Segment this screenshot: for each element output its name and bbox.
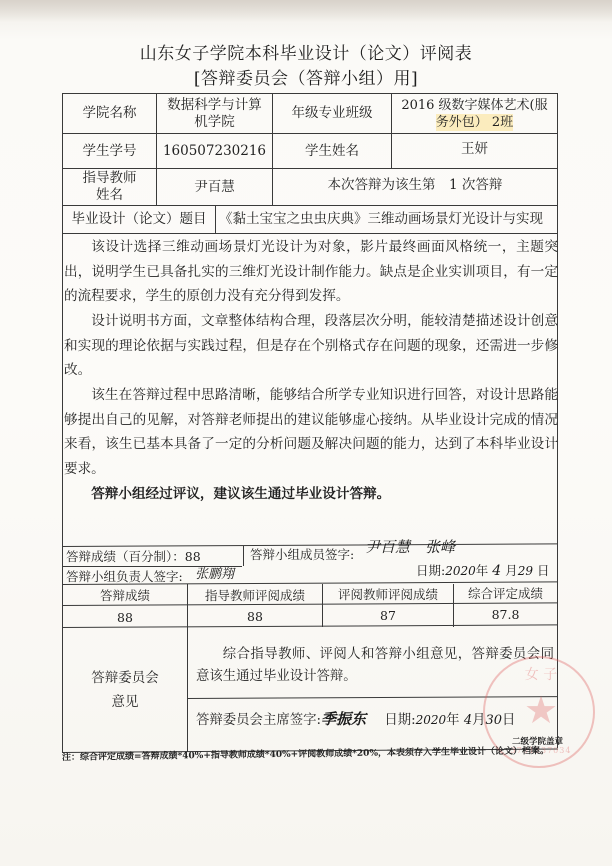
leader-signature: 张鹏翔: [195, 563, 234, 582]
date-label: 日期:: [416, 563, 445, 578]
scores-header-defense: 答辩成绩: [63, 585, 187, 605]
defense-date: 日期:2020年 4 月29 日: [416, 561, 549, 579]
student-name-label: 学生姓名: [273, 134, 391, 168]
topic-label: 毕业设计（论文）题目: [63, 206, 215, 233]
chair-signature-label: 答辩委员会主席签字:: [196, 713, 321, 728]
document-title: 山东女子学院本科毕业设计（论文）评阅表: [0, 39, 612, 64]
advisor-label-line1: 指导教师: [83, 170, 137, 187]
col-divider: [243, 546, 244, 566]
defense-count: 本次答辩为该生第 1 次答辩: [273, 169, 557, 201]
college-label: 学院名称: [63, 94, 156, 133]
scan-shadow: [0, 0, 612, 22]
comment-paragraph-3: 该生在答辩过程中思路清晰，能够结合所学专业知识进行回答，对设计思路能够提出自己的…: [64, 383, 558, 481]
month-label: 月: [472, 713, 485, 728]
year-label: 年: [446, 713, 459, 728]
date-day: 30: [485, 713, 502, 728]
date-day: 29: [518, 564, 533, 578]
college-value: 数据科学与计算 机学院: [157, 94, 272, 133]
date-year: 2020: [416, 713, 447, 727]
stamp-text: 女 子: [485, 664, 597, 684]
chair-signature: 季振东: [321, 710, 366, 728]
date-month: 4: [492, 563, 501, 579]
committee-label-line1: 答辩委员会: [91, 666, 159, 690]
committee-label: 答辩委员会 意见: [63, 628, 187, 752]
score-advisor: 88: [188, 606, 322, 626]
class-label: 年级专业班级: [273, 94, 391, 133]
members-signature: 尹百慧 张峰: [365, 536, 455, 557]
score-reviewer: 87: [323, 605, 453, 625]
col-divider: [215, 205, 216, 233]
members-signature-label: 答辩小组成员签字:: [250, 545, 360, 563]
chair-signature-row: 答辩委员会主席签字:季振东 日期:2020年 4月30日: [196, 708, 515, 729]
month-label: 月: [505, 563, 518, 578]
class-value-line1: 2016 级数字媒体艺术(服: [401, 97, 547, 114]
scores-header-advisor: 指导教师评阅成绩: [188, 585, 322, 605]
comment-paragraph-2: 设计说明书方面，文章整体结构合理，段落层次分明，能较清楚描述设计创意和实现的理论…: [64, 309, 558, 383]
day-label: 日: [502, 713, 515, 728]
scores-header-overall: 综合评定成绩: [454, 583, 557, 603]
committee-label-line2: 意见: [112, 690, 139, 714]
student-id-value: 160507230216: [157, 134, 272, 168]
day-label: 日: [537, 563, 550, 578]
row-divider: [62, 233, 558, 234]
score-overall: 87.8: [454, 604, 557, 624]
date-year: 2020: [445, 564, 476, 578]
college-value-line1: 数据科学与计算: [167, 97, 262, 114]
document-subtitle: [答辩委员会（答辩小组）用]: [0, 64, 612, 89]
topic-value: 《黏土宝宝之虫虫庆典》三维动画场景灯光设计与实现: [219, 206, 559, 233]
comment-paragraph-1: 该设计选择三维动画场景灯光设计为对象，影片最终画面风格统一，主题突出，说明学生已…: [64, 235, 558, 309]
student-name-value: 王妍: [392, 134, 557, 164]
class-value: 2016 级数字媒体艺术(服 务外包） 2班: [392, 94, 557, 133]
advisor-label: 指导教师 姓名: [63, 169, 156, 205]
score-defense: 88: [63, 607, 187, 627]
scores-header-reviewer: 评阅教师评阅成绩: [323, 584, 453, 604]
date-month: 4: [464, 713, 472, 728]
class-value-line2: 务外包） 2班: [436, 114, 513, 131]
date-label: 日期:: [384, 713, 415, 728]
comment-conclusion: 答辩小组经过评议，建议该生通过毕业设计答辩。: [64, 482, 558, 507]
advisor-value: 尹百慧: [157, 169, 272, 205]
year-label: 年: [476, 563, 489, 578]
college-value-line2: 机学院: [194, 114, 235, 131]
advisor-label-line2: 姓名: [96, 187, 123, 204]
student-id-label: 学生学号: [63, 134, 156, 168]
